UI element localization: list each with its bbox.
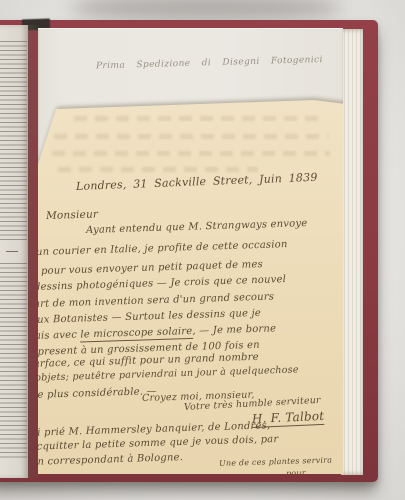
backdrop-shadow [70,0,342,22]
adjacent-printed-page [0,25,28,478]
letter-postscript-line: son correspondant à Bologne. [38,452,183,468]
ink-showthrough [58,167,258,172]
section-divider-rule [6,251,18,252]
letter-salutation: Monsieur [46,208,99,222]
album-page: Prima Spedizione di Disegni Fotogenici L… [38,28,343,474]
printed-text-block [0,263,27,459]
letter-body-line: art de mon invention sera d'un grand sec… [38,291,274,310]
letter-body-line: pour vous envoyer un petit paquet de mes [41,259,263,277]
ink-showthrough [52,151,330,156]
line7-post: , — Je me borne [192,323,276,337]
letter-dateline: Londres, 31 Sackville Street, Juin 1839 [76,171,318,193]
ink-showthrough [54,134,329,139]
letter-margin-note: pour [286,468,306,474]
letter-body-line: fais avec le microscope solaire, — Je me… [38,323,276,342]
handwritten-inscription: Prima Spedizione di Disegni Fotogenici [96,55,336,72]
letter-body-line: dessins photogéniques — Je crois que ce … [38,274,286,293]
letter-body-line: un courier en Italie, je profite de cett… [38,239,288,258]
page-fore-edge [341,29,363,475]
letter-sheet-wrap: Londres, 31 Sackville Street, Juin 1839 … [38,100,343,474]
album-book: Prima Spedizione di Disegni Fotogenici L… [0,20,378,482]
letter-body-line: Ayant entendu que M. Strangways envoye [86,218,308,236]
letter-sheet: Londres, 31 Sackville Street, Juin 1839 … [38,100,343,474]
ink-showthrough [74,116,324,121]
line7-pre: fais avec [38,329,81,342]
letter-margin-note: Une de ces plantes servira [219,455,332,468]
printed-text-block [0,41,27,241]
letter-body-line: aux Botanistes — Surtout les dessins que… [38,308,261,326]
letter-body-line: de plus considérable. — [38,386,157,401]
underlined-phrase-microscope-solaire: le microscope solaire [80,326,192,343]
photograph-of-letter-album: Prima Spedizione di Disegni Fotogenici L… [0,0,405,500]
